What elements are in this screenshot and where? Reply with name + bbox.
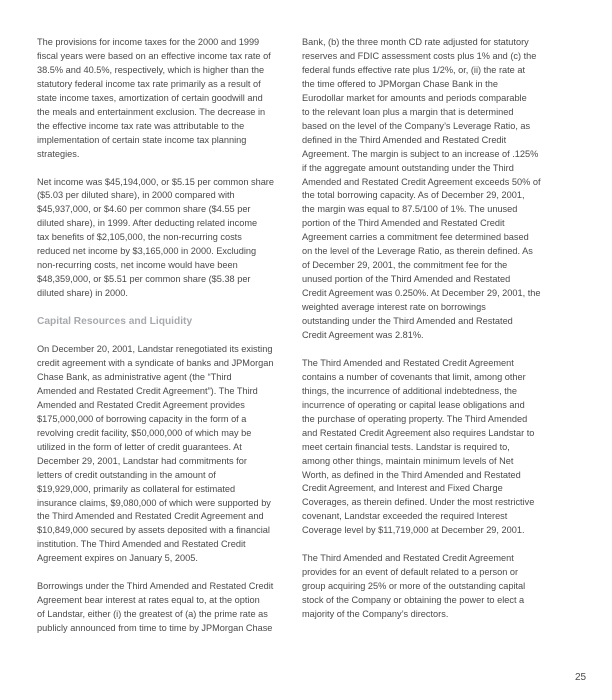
text-line: incurrence of operating or capital lease… bbox=[302, 399, 542, 413]
text-line: Agreement expires on January 5, 2005. bbox=[37, 552, 277, 566]
text-line: credit agreement with a syndicate of ban… bbox=[37, 357, 277, 371]
text-line: portion of the Third Amended and Restate… bbox=[302, 217, 542, 231]
text-line: revolving credit facility, $50,000,000 o… bbox=[37, 427, 277, 441]
text-line: 38.5% and 40.5%, respectively, which is … bbox=[37, 64, 277, 78]
text-line: to the relevant loan plus a margin that … bbox=[302, 106, 542, 120]
text-line: contains a number of covenants that limi… bbox=[302, 371, 542, 385]
text-line: letters of credit outstanding in the amo… bbox=[37, 469, 277, 483]
right-column: Bank, (b) the three month CD rate adjust… bbox=[302, 36, 542, 636]
text-line: Net income was $45,194,000, or $5.15 per… bbox=[37, 176, 277, 190]
text-line: federal funds effective rate plus 1/2%, … bbox=[302, 64, 542, 78]
text-line: Credit Agreement was 0.250%. At December… bbox=[302, 287, 542, 301]
text-line: Credit Agreement, and Interest and Fixed… bbox=[302, 482, 542, 496]
text-line: majority of the Company’s directors. bbox=[302, 608, 542, 622]
text-line: on the level of the Leverage Ratio, as t… bbox=[302, 245, 542, 259]
text-line: defined in the Third Amended and Restate… bbox=[302, 134, 542, 148]
text-line: Eurodollar market for amounts and period… bbox=[302, 92, 542, 106]
text-line: implementation of certain state income t… bbox=[37, 134, 277, 148]
text-line: $48,359,000, or $5.51 per common share (… bbox=[37, 273, 277, 287]
text-line: fiscal years were based on an effective … bbox=[37, 50, 277, 64]
text-line: Agreement carries a commitment fee deter… bbox=[302, 231, 542, 245]
text-line: and Restated Credit Agreement also requi… bbox=[302, 427, 542, 441]
paragraph: Borrowings under the Third Amended and R… bbox=[37, 580, 277, 636]
text-line: strategies. bbox=[37, 148, 277, 162]
text-line: meet certain financial tests. Landstar i… bbox=[302, 441, 542, 455]
text-line: Agreement bear interest at rates equal t… bbox=[37, 594, 277, 608]
text-line: of December 29, 2001, the commitment fee… bbox=[302, 259, 542, 273]
text-line: $175,000,000 of borrowing capacity in th… bbox=[37, 413, 277, 427]
text-line: the purchase of operating property. The … bbox=[302, 413, 542, 427]
paragraph: Bank, (b) the three month CD rate adjust… bbox=[302, 36, 542, 343]
text-line: Amended and Restated Credit Agreement ex… bbox=[302, 176, 542, 190]
text-line: Worth, as defined in the Third Amended a… bbox=[302, 469, 542, 483]
text-line: Agreement. The margin is subject to an i… bbox=[302, 148, 542, 162]
text-line: the meals and entertainment exclusion. T… bbox=[37, 106, 277, 120]
text-line: outstanding under the Third Amended and … bbox=[302, 315, 542, 329]
text-line: reserves and FDIC assessment costs plus … bbox=[302, 50, 542, 64]
text-line: the Third Amended and Restated Credit Ag… bbox=[37, 510, 277, 524]
text-line: Bank, (b) the three month CD rate adjust… bbox=[302, 36, 542, 50]
text-line: ($5.03 per diluted share), in 2000 compa… bbox=[37, 189, 277, 203]
text-line: institution. The Third Amended and Resta… bbox=[37, 538, 277, 552]
text-line: The Third Amended and Restated Credit Ag… bbox=[302, 357, 542, 371]
text-line: diluted share) in 2000. bbox=[37, 287, 277, 301]
text-line: covenant, Landstar exceeded the required… bbox=[302, 510, 542, 524]
text-line: utilized in the form of letter of credit… bbox=[37, 441, 277, 455]
text-line: On December 20, 2001, Landstar renegotia… bbox=[37, 343, 277, 357]
text-line: Borrowings under the Third Amended and R… bbox=[37, 580, 277, 594]
text-line: non-recurring costs, net income would ha… bbox=[37, 259, 277, 273]
text-line: if the aggregate amount outstanding unde… bbox=[302, 162, 542, 176]
text-line: Credit Agreement was 2.81%. bbox=[302, 329, 542, 343]
paragraph: The Third Amended and Restated Credit Ag… bbox=[302, 552, 542, 622]
page-number: 25 bbox=[575, 672, 586, 683]
text-line: things, the incurrence of additional ind… bbox=[302, 385, 542, 399]
text-line: Chase Bank, as administrative agent (the… bbox=[37, 371, 277, 385]
text-line: $45,937,000, or $4.60 per common share (… bbox=[37, 203, 277, 217]
section-heading: Capital Resources and Liquidity bbox=[37, 315, 277, 329]
paragraph: Net income was $45,194,000, or $5.15 per… bbox=[37, 176, 277, 302]
text-line: the time offered to JPMorgan Chase Bank … bbox=[302, 78, 542, 92]
text-line: Amended and Restated Credit Agreement”).… bbox=[37, 385, 277, 399]
text-line: the total borrowing capacity. As of Dece… bbox=[302, 189, 542, 203]
text-line: state income taxes, amortization of cert… bbox=[37, 92, 277, 106]
text-line: unused portion of the Third Amended and … bbox=[302, 273, 542, 287]
text-line: statutory federal income tax rate primar… bbox=[37, 78, 277, 92]
text-line: The provisions for income taxes for the … bbox=[37, 36, 277, 50]
text-line: diluted share), in 1999. After deducting… bbox=[37, 217, 277, 231]
text-line: the effective income tax rate was attrib… bbox=[37, 120, 277, 134]
text-line: publicly announced from time to time by … bbox=[37, 622, 277, 636]
text-line: among other things, maintain minimum lev… bbox=[302, 455, 542, 469]
text-line: December 29, 2001, Landstar had commitme… bbox=[37, 455, 277, 469]
text-line: the margin was equal to 87.5/100 of 1%. … bbox=[302, 203, 542, 217]
text-line: reduced net income by $3,165,000 in 2000… bbox=[37, 245, 277, 259]
text-line: Coverages, as therein defined. Under the… bbox=[302, 496, 542, 510]
text-line: Coverage level by $11,719,000 at Decembe… bbox=[302, 524, 542, 538]
text-line: group acquiring 25% or more of the outst… bbox=[302, 580, 542, 594]
paragraph: On December 20, 2001, Landstar renegotia… bbox=[37, 343, 277, 566]
text-line: Amended and Restated Credit Agreement pr… bbox=[37, 399, 277, 413]
paragraph: The provisions for income taxes for the … bbox=[37, 36, 277, 162]
text-line: $19,929,000, primarily as collateral for… bbox=[37, 483, 277, 497]
text-line: weighted average interest rate on borrow… bbox=[302, 301, 542, 315]
left-column: The provisions for income taxes for the … bbox=[37, 36, 277, 650]
text-line: stock of the Company or obtaining the po… bbox=[302, 594, 542, 608]
text-line: tax benefits of $2,105,000, the non-recu… bbox=[37, 231, 277, 245]
text-line: $10,849,000 secured by assets deposited … bbox=[37, 524, 277, 538]
text-line: based on the level of the Company’s Leve… bbox=[302, 120, 542, 134]
text-line: provides for an event of default related… bbox=[302, 566, 542, 580]
text-line: The Third Amended and Restated Credit Ag… bbox=[302, 552, 542, 566]
text-line: of Landstar, either (i) the greatest of … bbox=[37, 608, 277, 622]
paragraph: The Third Amended and Restated Credit Ag… bbox=[302, 357, 542, 538]
text-line: insurance claims, $9,080,000 of which we… bbox=[37, 497, 277, 511]
